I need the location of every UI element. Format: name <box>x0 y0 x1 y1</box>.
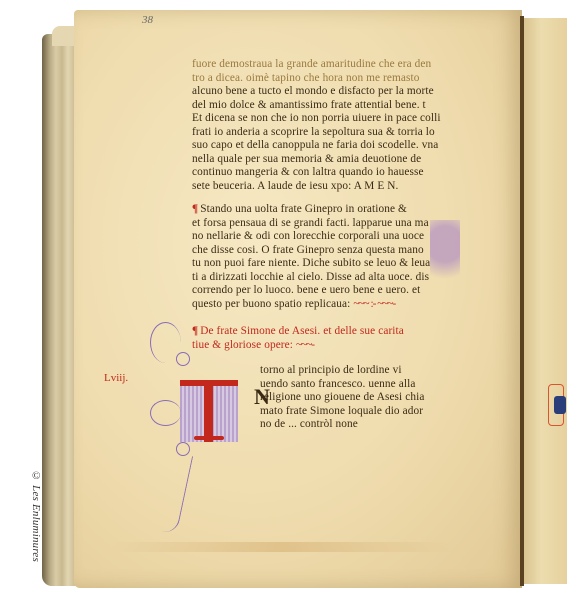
folio-number: 38 <box>142 14 153 26</box>
decorated-initial-I <box>180 380 238 442</box>
violet-penwork-decoration <box>430 220 460 300</box>
second-initial: N <box>254 384 270 410</box>
chapter-number: Lviij. <box>104 372 128 384</box>
blue-initial-fragment <box>554 396 566 414</box>
text-line: torno al principio de lordine vi <box>260 364 484 378</box>
text-line: suo capo et della canoppula ne faria doi… <box>192 139 484 153</box>
penwork-spiral <box>176 352 190 366</box>
facing-page-decoration <box>548 374 566 434</box>
text-line: uendo santo francesco. uenne alla <box>260 378 484 392</box>
text-line: Stando una uolta frate Ginepro in oratio… <box>200 203 407 215</box>
initial-foot <box>194 436 224 440</box>
copyright-notice: © Les Enluminures <box>12 470 42 590</box>
penwork-flourish <box>150 400 181 426</box>
rubric-line: De frate Simone de Asesi. et delle sue c… <box>200 325 404 337</box>
rubric-line: tiue & gloriose opere: <box>192 339 293 351</box>
text-line: religione uno giouene de Asesi chia <box>260 391 484 405</box>
paragraph-mark: ¶ <box>192 325 198 337</box>
text-line: no de ... contròl none <box>260 418 484 432</box>
text-line: mato frate Simone loquale dio ador <box>260 405 484 419</box>
text-line: nella quale per sua memoria & amia deuot… <box>192 153 484 167</box>
text-line: del mio dolce & amantissimo frate attent… <box>192 99 484 113</box>
water-stain <box>112 542 452 552</box>
text-line: Et dicena se non che io non porria uiuer… <box>192 112 484 126</box>
line-filler-marks: ~~~ :- ~~~- <box>353 298 395 310</box>
rubric-heading: ¶De frate Simone de Asesi. et delle sue … <box>192 325 484 352</box>
facing-page <box>524 18 567 584</box>
text-line: fuore demostraua la grande amaritudine c… <box>192 58 484 72</box>
paragraph-mark: ¶ <box>192 203 198 215</box>
initial-stem <box>204 380 213 442</box>
paragraph-3: torno al principio de lordine vi uendo s… <box>260 364 484 432</box>
text-line: frati io anderia a scoprire la sepoltura… <box>192 126 484 140</box>
text-line: tro a dicea. oimè tapino che hora non me… <box>192 72 484 86</box>
line-filler-marks: ~~~- <box>296 339 314 351</box>
text-line: alcuno bene a tucto el mondo e disfacto … <box>192 85 484 99</box>
text-line: continuo mangeria & con laltra quando io… <box>192 166 484 180</box>
text-line: sete beuceria. A laude de iesu xpo: A M … <box>192 180 484 194</box>
paragraph-1: fuore demostraua la grande amaritudine c… <box>192 58 484 193</box>
text-line: questo per buono spatio replicaua: <box>192 298 350 310</box>
